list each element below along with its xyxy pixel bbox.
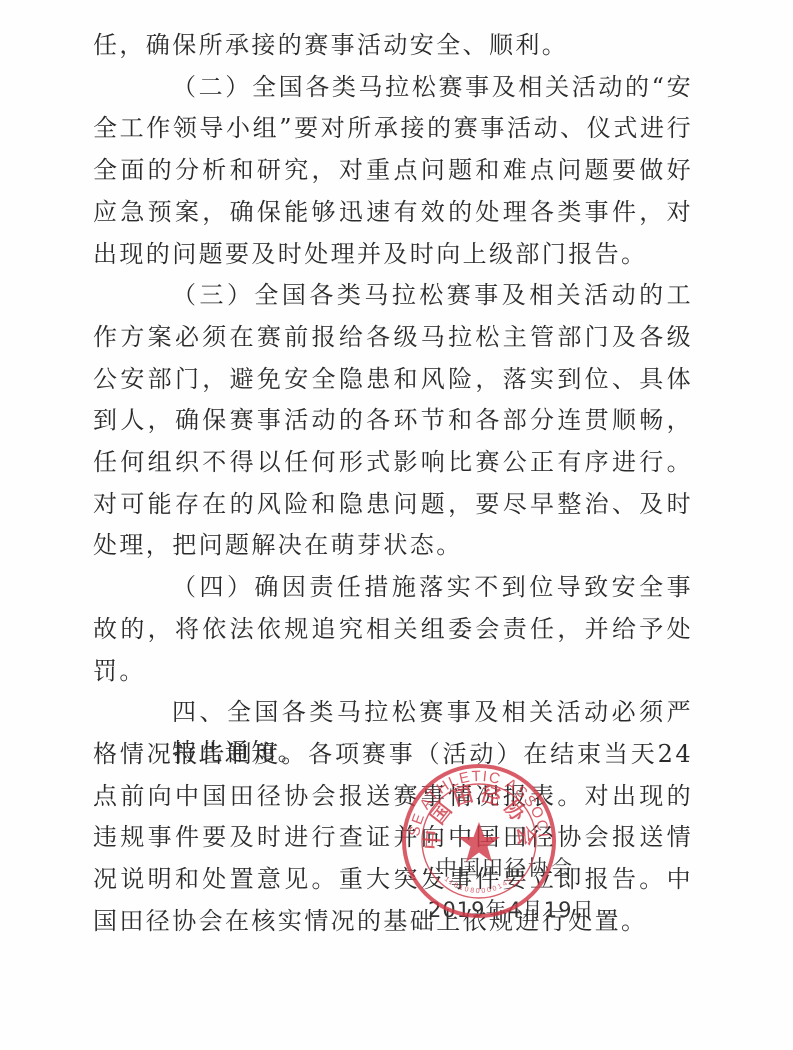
document-body: 任，确保所承接的赛事活动安全、顺利。 （二）全国各类马拉松赛事及相关活动的“安全… bbox=[93, 25, 693, 942]
paragraph-section-4: 四、全国各类马拉松赛事及相关活动必须严格情况报告制度。各项赛事（活动）在结束当天… bbox=[93, 692, 693, 942]
paragraph-item-4: （四）确因责任措施落实不到位导致安全事故的，将依法依规追究相关组委会责任，并给予… bbox=[93, 567, 693, 692]
paragraph-item-3: （三）全国各类马拉松赛事及相关活动的工作方案必须在赛前报给各级马拉松主管部门及各… bbox=[93, 275, 693, 567]
closing-line: 特此通知。 bbox=[172, 732, 304, 774]
official-seal-icon: CHINESE ATHLETIC ASSOCIATION 11010800001… bbox=[400, 762, 558, 920]
document-page: 任，确保所承接的赛事活动安全、顺利。 （二）全国各类马拉松赛事及相关活动的“安全… bbox=[0, 0, 793, 1050]
paragraph-item-2: （二）全国各类马拉松赛事及相关活动的“安全工作领导小组”要对所承接的赛事活动、仪… bbox=[93, 67, 693, 276]
paragraph-continued: 任，确保所承接的赛事活动安全、顺利。 bbox=[93, 25, 693, 67]
